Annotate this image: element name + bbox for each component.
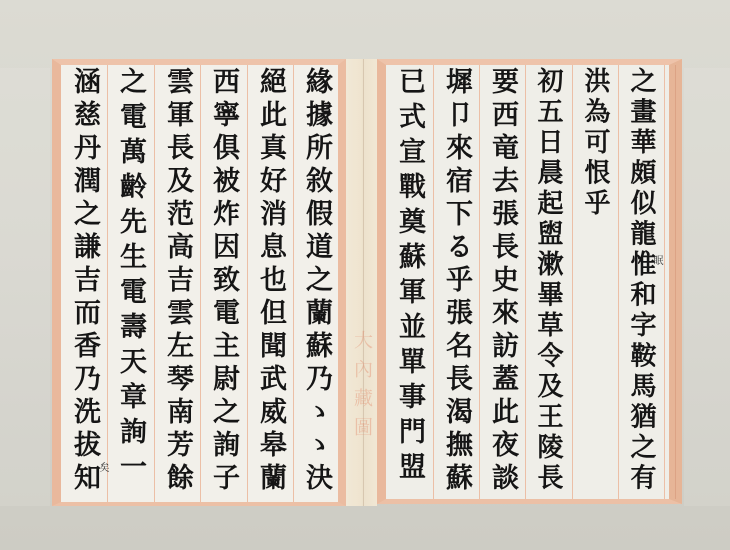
right-page-paper: 之畫華頗似龍惟和字鞍馬猶之有 洪為可恨乎 初五日晨起盥漱畢草令及王陵長 要西竜去… — [386, 65, 669, 499]
right-page-column-1: 之畫華頗似龍惟和字鞍馬猶之有 — [618, 65, 664, 499]
column-text: 緣據所敘假道之蘭蘇乃ゝゝ決 — [293, 67, 339, 496]
right-page-column-6: 已式宣戰奠蘇軍並單事門盟 — [386, 65, 432, 499]
column-text: 之電萬齡先生電壽天章詢一 — [107, 67, 153, 487]
left-page-column-4: 雲軍長及范高吉雲左琴南芳餘 — [154, 65, 200, 502]
column-text: 西寧俱被炸因致電主尉之詢子 — [200, 67, 246, 496]
column-text: 洪為可恨乎 — [572, 67, 618, 220]
left-page-column-3: 西寧俱被炸因致電主尉之詢子 — [200, 65, 246, 502]
mount-panel-left — [0, 68, 50, 506]
marginal-annotation: 矣 — [96, 462, 108, 472]
left-page-column-6: 涵慈丹潤之謙吉而香乃洗拔知 — [61, 65, 107, 502]
left-manuscript-page: 緣據所敘假道之蘭蘇乃ゝゝ決 絕此真好消息也但聞武威皋蘭 西寧俱被炸因致電主尉之詢… — [52, 59, 346, 506]
column-text: 墀卩來宿下る乎張名長渴撫蘇 — [433, 67, 479, 496]
right-page-column-2: 洪為可恨乎 — [572, 65, 618, 499]
mount-panel-right — [684, 68, 730, 506]
column-text: 之畫華頗似龍惟和字鞍馬猶之有 — [618, 67, 664, 494]
column-text: 已式宣戰奠蘇軍並單事門盟 — [386, 67, 432, 487]
marginal-annotation: 眠 — [650, 255, 662, 265]
column-text: 涵慈丹潤之謙吉而香乃洗拔知 — [61, 67, 107, 496]
right-page-column-3: 初五日晨起盥漱畢草令及王陵長 — [525, 65, 571, 499]
column-rule — [664, 65, 665, 499]
left-page-column-1: 緣據所敘假道之蘭蘇乃ゝゝ決 — [293, 65, 339, 502]
left-page-column-2: 絕此真好消息也但聞武威皋蘭 — [247, 65, 293, 502]
left-page-column-5: 之電萬齡先生電壽天章詢一 — [107, 65, 153, 502]
column-text: 雲軍長及范高吉雲左琴南芳餘 — [154, 67, 200, 496]
column-text: 要西竜去張長史來訪蓋此夜談 — [479, 67, 525, 496]
right-page-column-4: 要西竜去張長史來訪蓋此夜談 — [479, 65, 525, 499]
right-manuscript-page: 之畫華頗似龍惟和字鞍馬猶之有 洪為可恨乎 初五日晨起盥漱畢草令及王陵長 要西竜去… — [377, 59, 682, 504]
faint-seal-impression: 大內藏圖 — [352, 330, 372, 446]
column-text: 絕此真好消息也但聞武威皋蘭 — [247, 67, 293, 496]
left-page-paper: 緣據所敘假道之蘭蘇乃ゝゝ決 絕此真好消息也但聞武威皋蘭 西寧俱被炸因致電主尉之詢… — [61, 65, 338, 502]
column-text: 初五日晨起盥漱畢草令及王陵長 — [525, 67, 571, 494]
binding-gutter: 大內藏圖 — [346, 59, 377, 506]
right-page-column-5: 墀卩來宿下る乎張名長渴撫蘇 — [433, 65, 479, 499]
